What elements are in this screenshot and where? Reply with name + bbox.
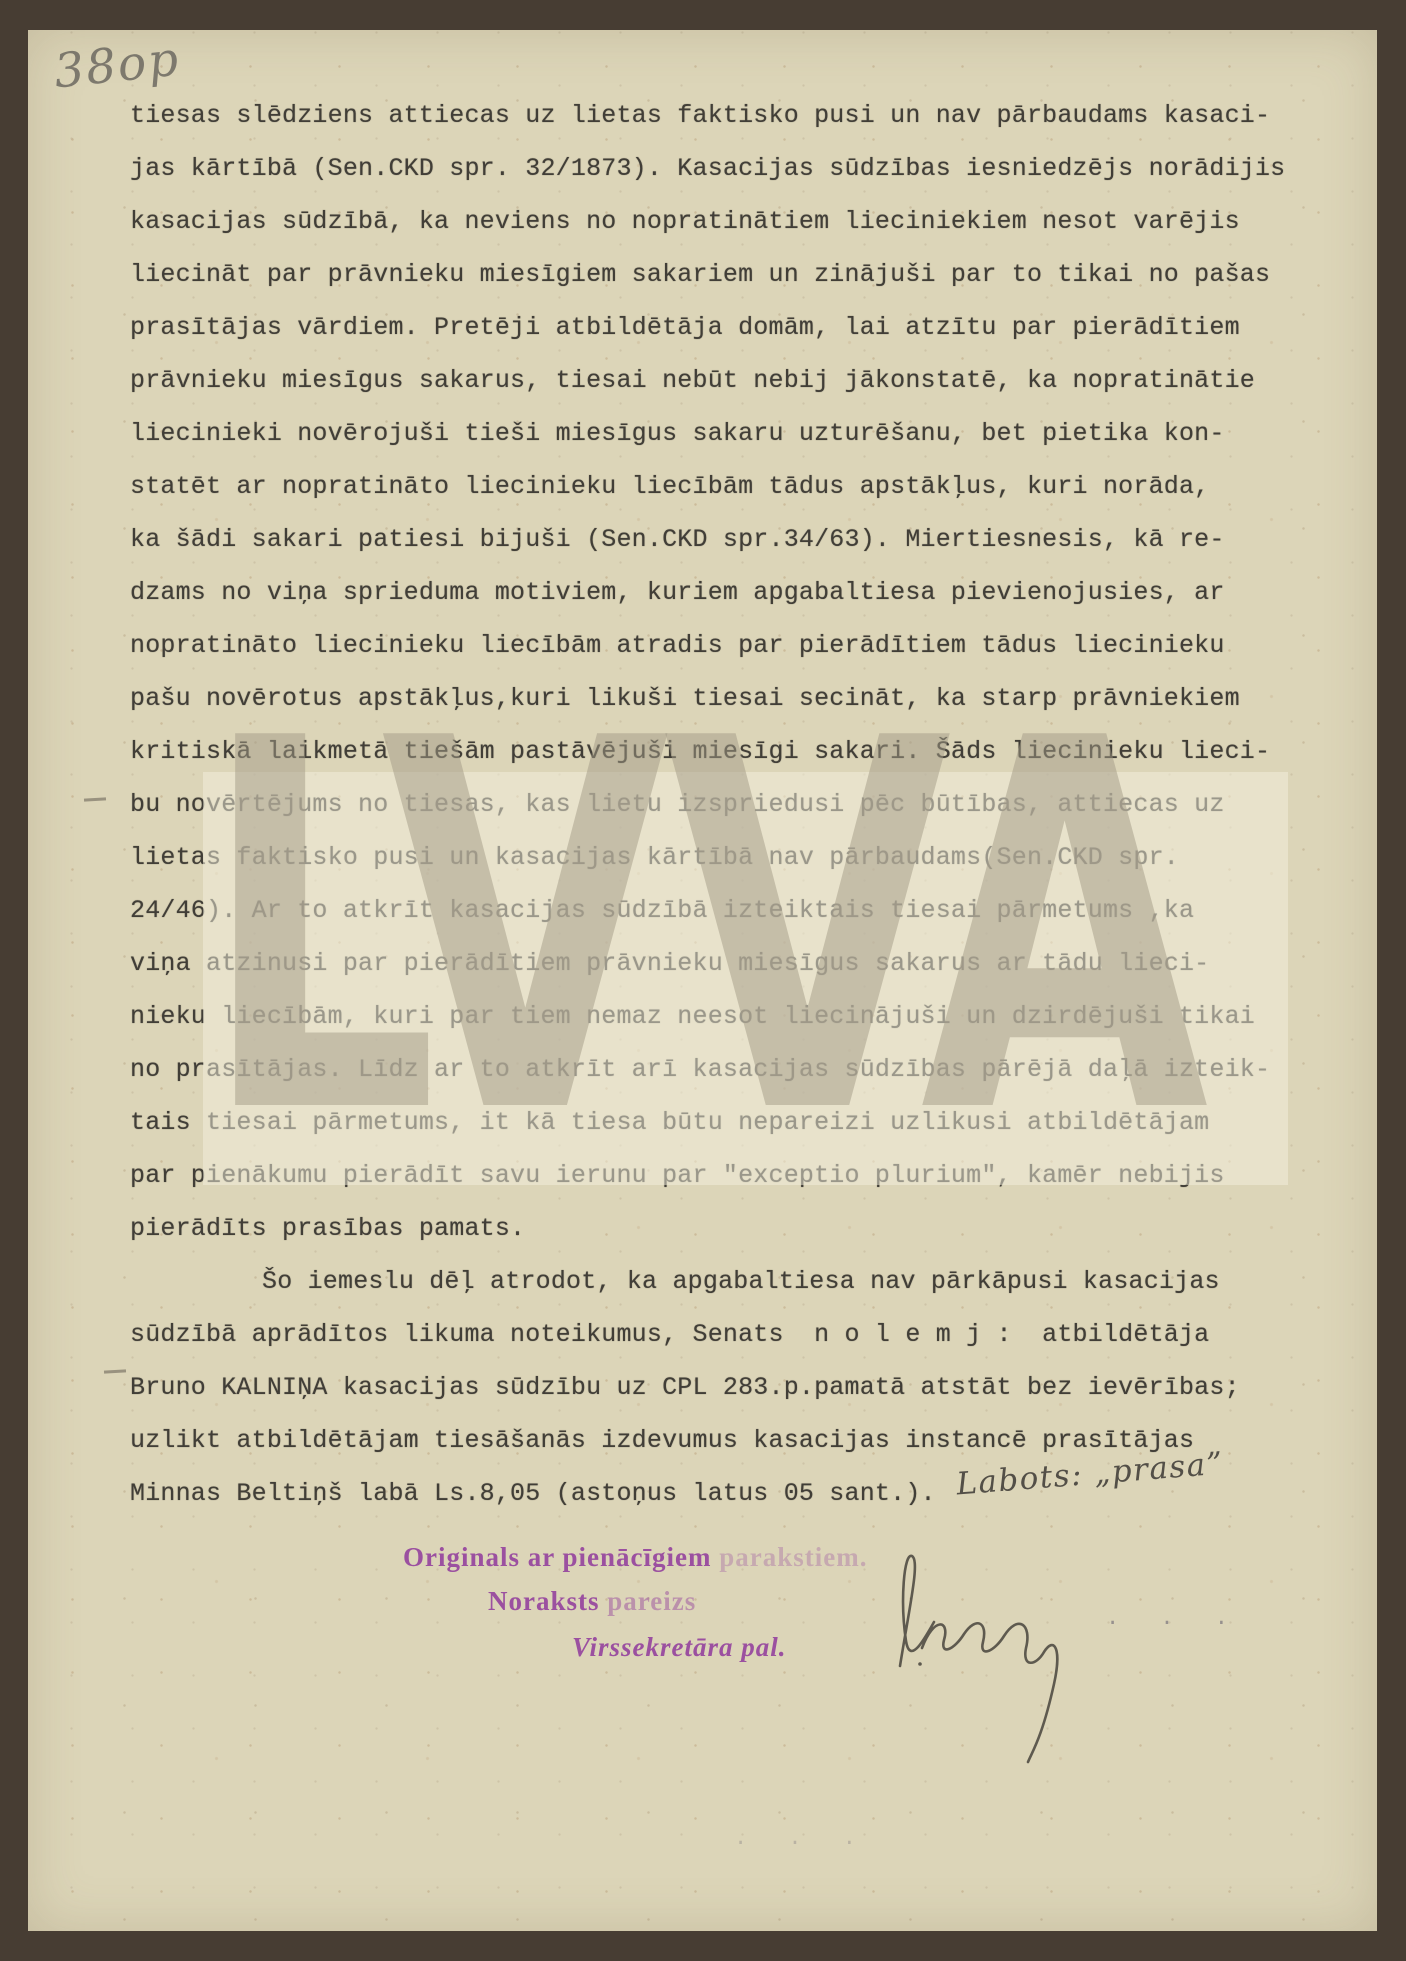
stamp-text: Originals ar pienācīgiem	[403, 1542, 712, 1572]
typed-line: kasacijas sūdzībā, ka neviens no noprati…	[130, 195, 1285, 248]
typed-line: nieku liecībām, kuri par tiem nemaz nees…	[130, 990, 1285, 1043]
handwritten-signature	[870, 1546, 1080, 1776]
typewritten-text-block: tiesas slēdziens attiecas uz lietas fakt…	[130, 89, 1285, 1520]
pencil-margin-dash	[104, 1369, 126, 1373]
stamp-text-faded: parakstiem.	[719, 1542, 867, 1572]
typed-line: ka šādi sakari patiesi bijuši (Sen.CKD s…	[130, 513, 1285, 566]
stamp-line-virssekretara: Virssekretāra pal.	[572, 1632, 787, 1663]
stamp-line-noraksts: Noraksts pareizs	[488, 1586, 696, 1617]
typed-line: tais tiesai pārmetums, it kā tiesa būtu …	[130, 1096, 1285, 1149]
typed-line: par pienākumu pierādīt savu ierunu par "…	[130, 1149, 1285, 1202]
typed-line: viņa atzinusi par pierādītiem prāvnieku …	[130, 937, 1285, 990]
typed-line: kritiskā laikmetā tiešām pastāvējuši mie…	[130, 725, 1285, 778]
typed-line: 24/46). Ar to atkrīt kasacijas sūdzībā i…	[130, 884, 1285, 937]
typed-line: prasītājas vārdiem. Pretēji atbildētāja …	[130, 301, 1285, 354]
typed-line: liecināt par prāvnieku miesīgiem sakarie…	[130, 248, 1285, 301]
scanned-archive-page: { "page_note": "38op", "typed_lines": [ …	[0, 0, 1406, 1961]
typed-line: statēt ar nopratināto liecinieku liecībā…	[130, 460, 1285, 513]
typed-line: pašu novērotus apstākļus,kuri likuši tie…	[130, 672, 1285, 725]
stamp-text: Noraksts	[488, 1586, 600, 1616]
typed-line: dzams no viņa sprieduma motiviem, kuriem…	[130, 566, 1285, 619]
stamp-line-originals: Originals ar pienācīgiem parakstiem.	[403, 1542, 868, 1573]
typed-line: no prasītājas. Līdz ar to atkrīt arī kas…	[130, 1043, 1285, 1096]
faint-dots: . . .	[734, 1826, 870, 1851]
faint-dots: . . .	[1106, 1606, 1242, 1631]
typed-line: nopratināto liecinieku liecībām atradis …	[130, 619, 1285, 672]
typed-line: jas kārtībā (Sen.CKD spr. 32/1873). Kasa…	[130, 142, 1285, 195]
document-page: 38op tiesas slēdziens attiecas uz lietas…	[28, 30, 1377, 1931]
typed-line: liecinieki novērojuši tieši miesīgus sak…	[130, 407, 1285, 460]
typed-line: prāvnieku miesīgus sakarus, tiesai nebūt…	[130, 354, 1285, 407]
pencil-margin-dash	[84, 797, 106, 801]
typed-line: bu novērtējums no tiesas, kas lietu izsp…	[130, 778, 1285, 831]
stamp-text-faded: pareizs	[607, 1586, 696, 1616]
typed-line: sūdzībā aprādītos likuma noteikumus, Sen…	[130, 1308, 1285, 1361]
typed-line-paragraph-start: Šo iemeslu dēļ atrodot, ka apgabaltiesa …	[130, 1255, 1285, 1308]
typed-line: lietas faktisko pusi un kasacijas kārtīb…	[130, 831, 1285, 884]
typed-line: Bruno KALNIŅA kasacijas sūdzību uz CPL 2…	[130, 1361, 1285, 1414]
typed-line: pierādīts prasības pamats.	[130, 1202, 1285, 1255]
typed-line: tiesas slēdziens attiecas uz lietas fakt…	[130, 89, 1285, 142]
